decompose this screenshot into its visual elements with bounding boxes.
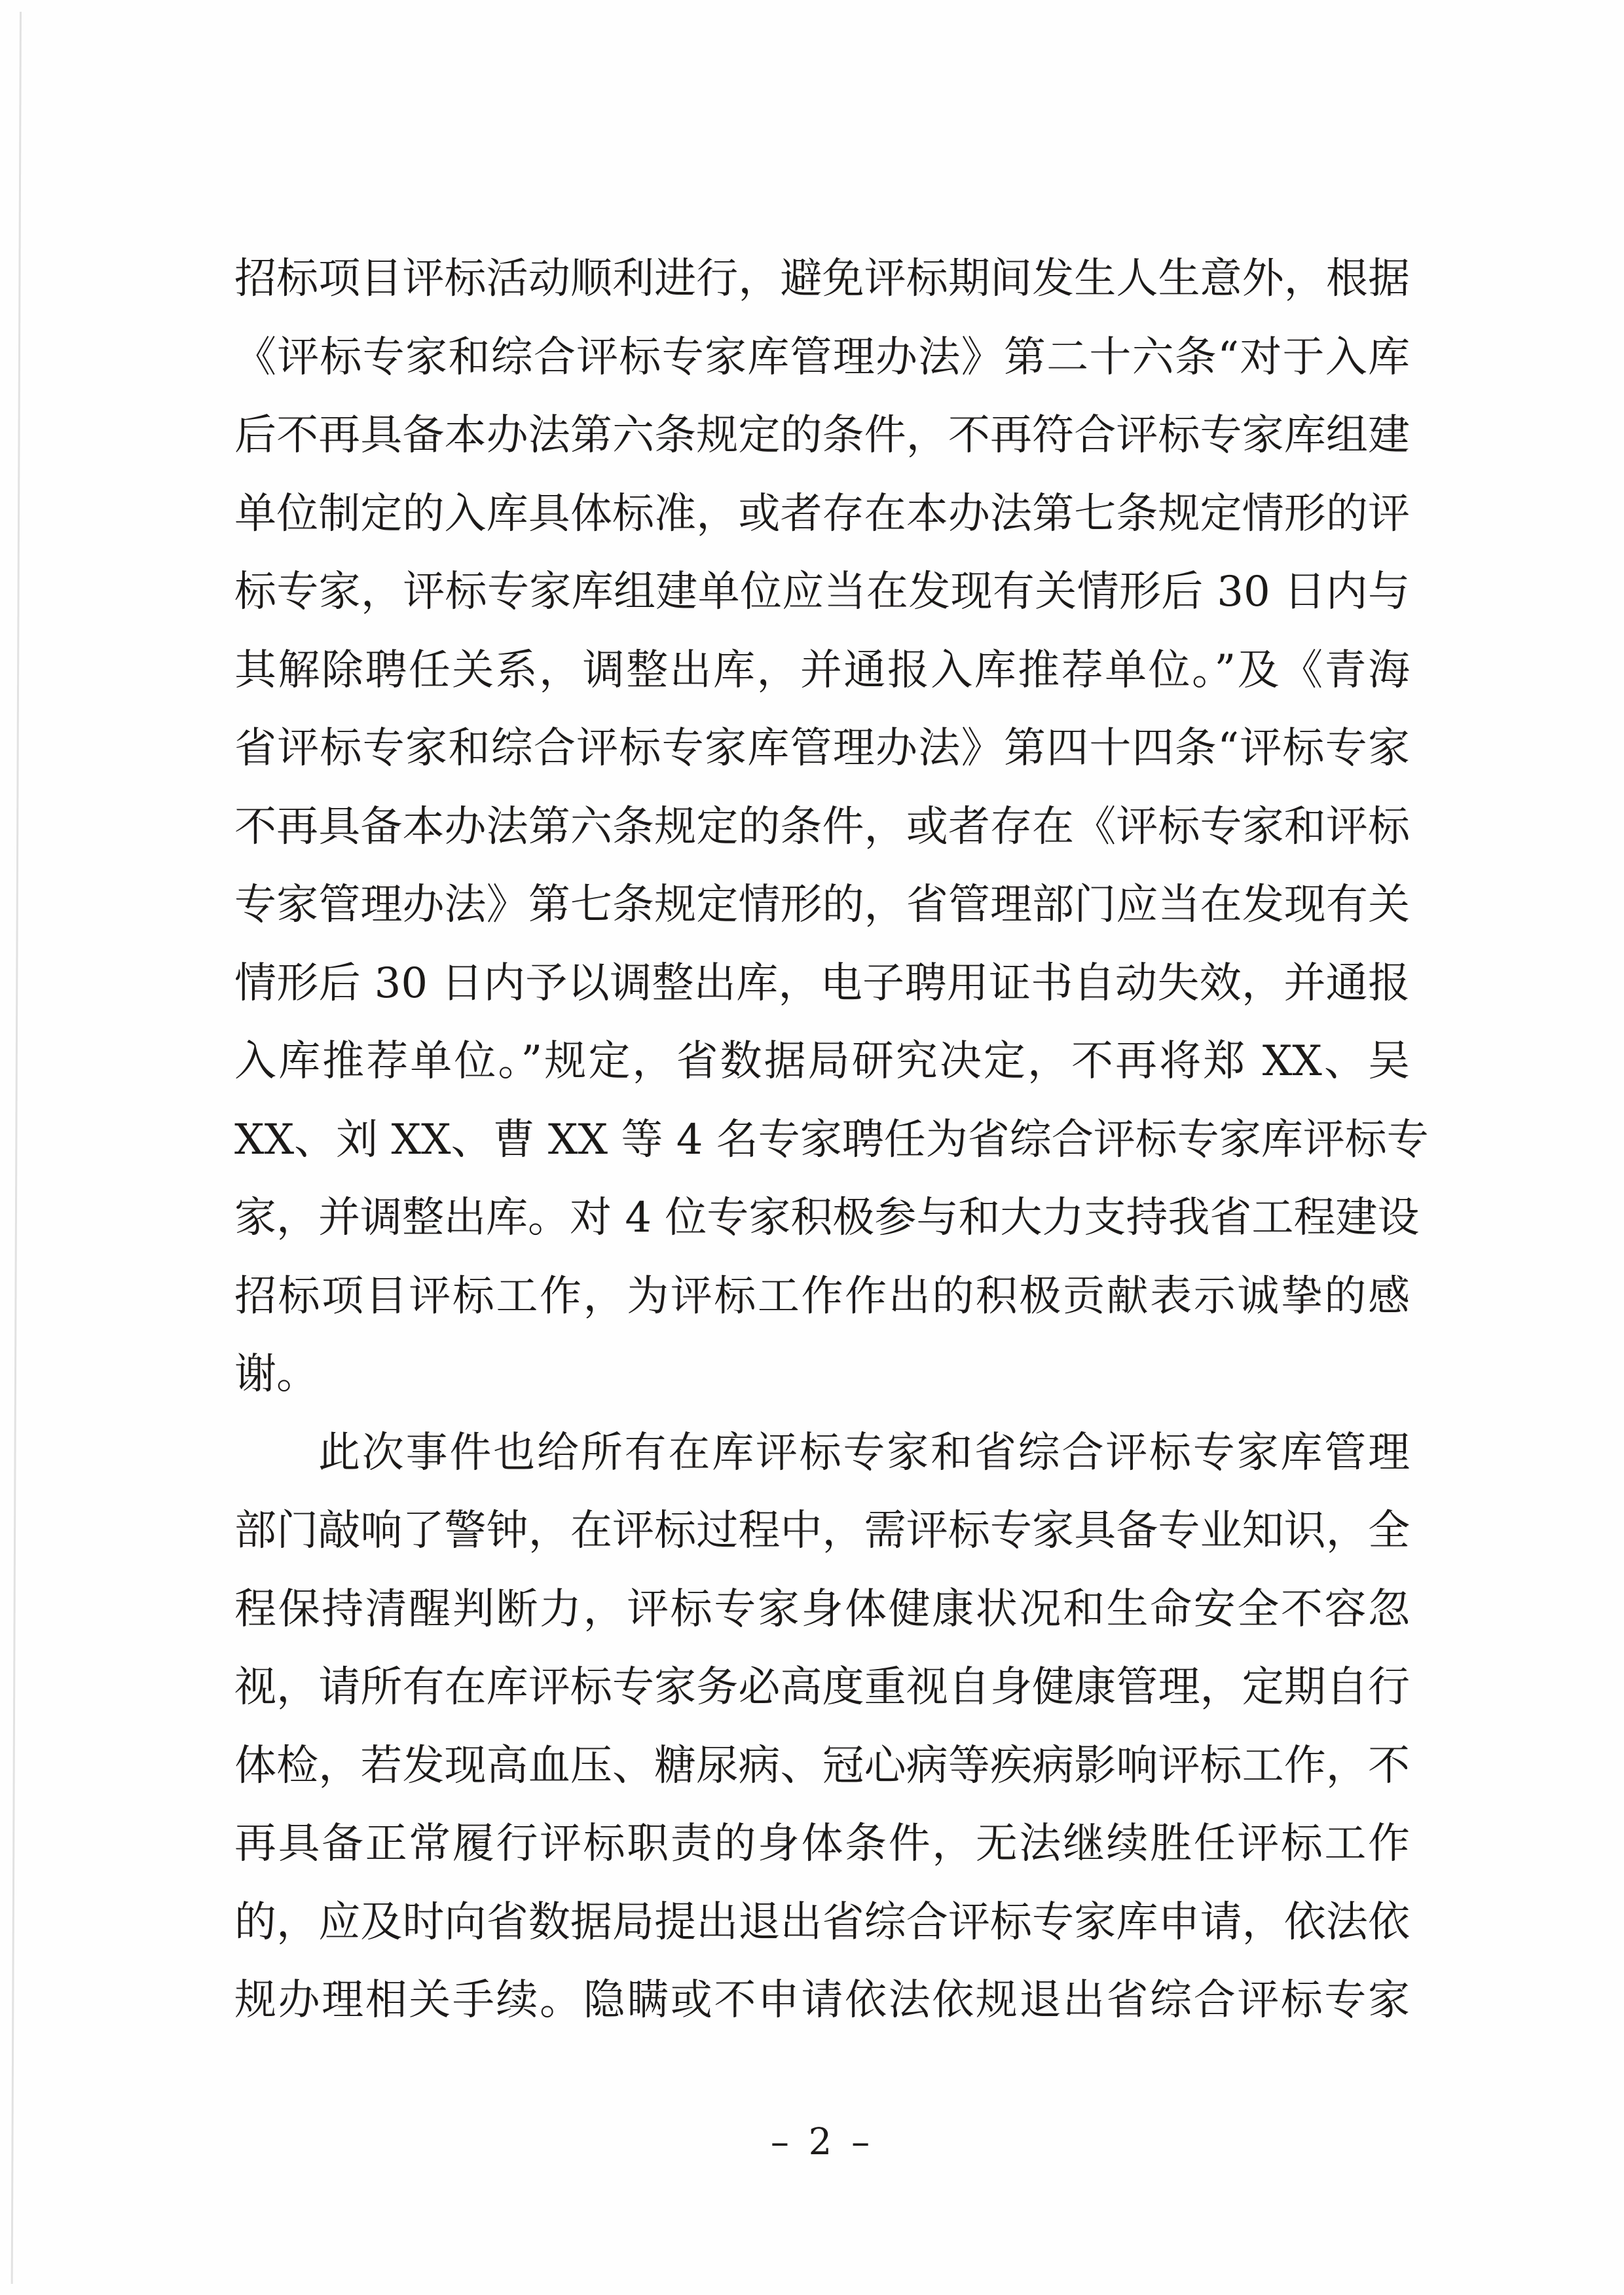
text-line: 情形后 30 日内予以调整出库，电子聘用证书自动失效，并通报: [234, 945, 1410, 1023]
text-line: 体检，若发现高血压、糖尿病、冠心病等疾病影响评标工作，不: [234, 1727, 1410, 1806]
text-line: 《评标专家和综合评标专家库管理办法》第二十六条“对于入库: [234, 319, 1410, 397]
text-line: 入库推荐单位。”规定，省数据局研究决定，不再将郑 XX、吴: [234, 1023, 1410, 1101]
text-line: 的，应及时向省数据局提出退出省综合评标专家库申请，依法依: [234, 1884, 1410, 1962]
text-line: 再具备正常履行评标职责的身体条件，无法继续胜任评标工作: [234, 1805, 1410, 1884]
text-line: 招标项目评标工作，为评标工作作出的积极贡献表示诚挚的感: [234, 1258, 1410, 1336]
text-line: 程保持清醒判断力，评标专家身体健康状况和生命安全不容忽: [234, 1571, 1410, 1649]
text-line: 规办理相关手续。隐瞒或不申请依法依规退出省综合评标专家: [234, 1962, 1410, 2040]
text-line: 部门敲响了警钟，在评标过程中，需评标专家具备专业知识，全: [234, 1492, 1410, 1571]
text-line: 单位制定的入库具体标准，或者存在本办法第七条规定情形的评: [234, 475, 1410, 554]
document-body-text: 招标项目评标活动顺利进行，避免评标期间发生人生意外，根据 《评标专家和综合评标专…: [234, 240, 1410, 2040]
text-line-paragraph-start: 此次事件也给所有在库评标专家和省综合评标专家库管理: [234, 1414, 1410, 1493]
page-number: – 2 –: [234, 2121, 1410, 2163]
text-line: 后不再具备本办法第六条规定的条件，不再符合评标专家库组建: [234, 397, 1410, 475]
text-line: 专家管理办法》第七条规定情形的，省管理部门应当在发现有关: [234, 866, 1410, 945]
text-line: 省评标专家和综合评标专家库管理办法》第四十四条“评标专家: [234, 710, 1410, 788]
text-line: 视，请所有在库评标专家务必高度重视自身健康管理，定期自行: [234, 1649, 1410, 1727]
text-line: 其解除聘任关系，调整出库，并通报入库推荐单位。”及《青海: [234, 632, 1410, 710]
text-line: 招标项目评标活动顺利进行，避免评标期间发生人生意外，根据: [234, 240, 1410, 319]
text-line: 家，并调整出库。对 4 位专家积极参与和大力支持我省工程建设: [234, 1179, 1410, 1258]
text-line: 不再具备本办法第六条规定的条件，或者存在《评标专家和评标: [234, 788, 1410, 867]
scan-artifact-line: [11, 12, 22, 2284]
text-line-paragraph-end: 谢。: [234, 1336, 1410, 1414]
text-line: XX、刘 XX、曹 XX 等 4 名专家聘任为省综合评标专家库评标专: [234, 1101, 1410, 1180]
text-line: 标专家，评标专家库组建单位应当在发现有关情形后 30 日内与: [234, 553, 1410, 632]
document-page: 招标项目评标活动顺利进行，避免评标期间发生人生意外，根据 《评标专家和综合评标专…: [0, 0, 1624, 2295]
